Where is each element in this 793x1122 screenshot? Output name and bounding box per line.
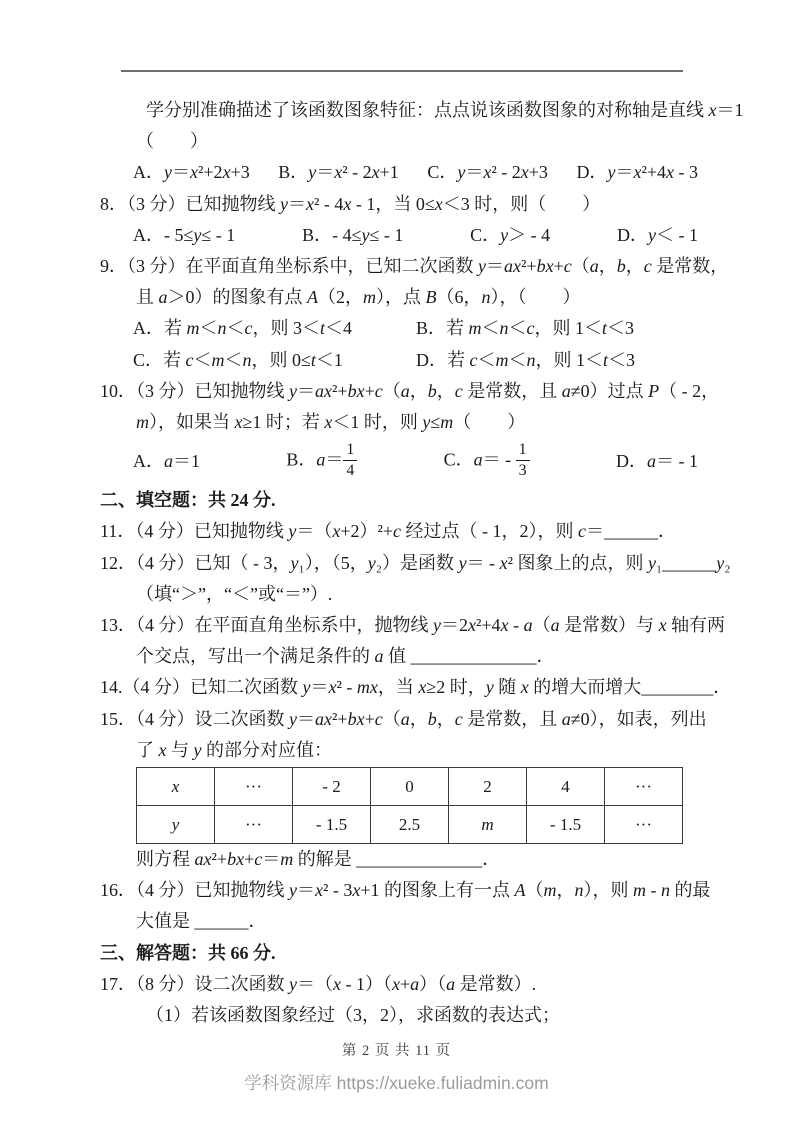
- table-cell: ···: [605, 768, 683, 806]
- fraction-numerator: 1: [516, 440, 530, 461]
- table-cell: m: [449, 806, 527, 844]
- header-rule: [121, 70, 683, 72]
- section-3-heading: 三、解答题：共 66 分.: [100, 938, 720, 969]
- option-text: a＝ - 1: [647, 451, 698, 471]
- q17-text: 17．（8 分）设二次函数 y＝（x - 1）（x+a）（a 是常数）.: [100, 969, 720, 1000]
- q7-option-a: A．y＝x²+2x+3: [133, 157, 250, 188]
- table-cell: - 1.5: [293, 806, 371, 844]
- q15-text-line1: 15．（4 分）设二次函数 y＝ax²+bx+c（a，b，c 是常数，且 a≠0…: [100, 704, 720, 735]
- option-text: y＝x²+2x+3: [164, 162, 250, 182]
- fraction-denominator: 4: [343, 461, 357, 481]
- page-content: 学分别准确描述了该函数图象特征：点点说该函数图象的对称轴是直线 x＝1 （ ） …: [100, 95, 720, 1031]
- option-label: D．: [576, 162, 607, 182]
- table-cell: ···: [215, 768, 293, 806]
- option-text: a＝1: [164, 451, 200, 471]
- option-label: A．: [133, 318, 164, 338]
- exam-paper-page: 学分别准确描述了该函数图象特征：点点说该函数图象的对称轴是直线 x＝1 （ ） …: [0, 0, 793, 1122]
- table-cell: y: [137, 806, 215, 844]
- q12-text-line2: （填“＞”，“＜”或“＝”）.: [136, 579, 720, 610]
- table-cell: 0: [371, 768, 449, 806]
- table-row-x: x ··· - 2 0 2 4 ···: [137, 768, 683, 806]
- option-label: C．: [133, 350, 163, 370]
- fraction-numerator: 1: [343, 440, 357, 461]
- option-label: D．: [617, 225, 648, 245]
- watermark-source-link: 学科资源库 https://xueke.fuliadmin.com: [0, 1068, 793, 1099]
- q13-text-line1: 13．（4 分）在平面直角坐标系中，抛物线 y＝2x²+4x - a（a 是常数…: [100, 610, 720, 641]
- q13-text-line2: 个交点，写出一个满足条件的 a 值 ______________．: [136, 641, 720, 672]
- option-label: B．: [416, 318, 446, 338]
- option-text: 若 c＜m＜n，则 1＜t＜3: [447, 350, 635, 370]
- q10-option-b: B．a＝14: [286, 441, 357, 482]
- option-text: a＝ -: [474, 450, 516, 470]
- q10-option-d: D．a＝ - 1: [616, 446, 698, 477]
- option-label: A．: [133, 451, 164, 471]
- table-cell: 4: [527, 768, 605, 806]
- table-cell: ···: [605, 806, 683, 844]
- option-text: 若 c＜m＜n，则 0≤t＜1: [163, 350, 343, 370]
- q15-text-line2: 了 x 与 y 的部分对应值：: [136, 735, 720, 766]
- q16-text-line1: 16．（4 分）已知抛物线 y＝x² - 3x+1 的图象上有一点 A（m，n）…: [100, 875, 720, 906]
- fraction: 13: [516, 440, 530, 481]
- page-number-indicator: 第 2 页 共 11 页: [0, 1036, 793, 1067]
- q9-option-d: D．若 c＜m＜n，则 1＜t＜3: [416, 345, 699, 376]
- table-cell: - 2: [293, 768, 371, 806]
- q9-option-c: C．若 c＜m＜n，则 0≤t＜1: [133, 345, 416, 376]
- option-text: y＝x² - 2x+1: [308, 162, 399, 182]
- q11-text: 11．（4 分）已知抛物线 y＝（x+2）²+c 经过点（ - 1，2），则 c…: [100, 516, 720, 547]
- q10-options: A．a＝1 B．a＝14 C．a＝ - 13 D．a＝ - 1: [133, 438, 698, 485]
- q7-options: A．y＝x²+2x+3 B．y＝x² - 2x+1 C．y＝x² - 2x+3 …: [133, 157, 698, 188]
- option-text: a＝: [316, 450, 343, 470]
- option-label: C．: [444, 450, 474, 470]
- q8-option-c: C．y＞ - 4: [470, 220, 550, 251]
- q8-options: A．- 5≤y≤ - 1 B．- 4≤y≤ - 1 C．y＞ - 4 D．y＜ …: [133, 220, 698, 251]
- option-label: C．: [427, 162, 457, 182]
- table-cell: 2.5: [371, 806, 449, 844]
- q10-text-line1: 10．（3 分）已知抛物线 y＝ax²+bx+c（a，b，c 是常数，且 a≠0…: [100, 376, 720, 407]
- q17-subquestion-1: （1）若该函数图象经过（3，2），求函数的表达式；: [146, 1000, 720, 1031]
- fraction: 14: [343, 440, 357, 481]
- table-cell: ···: [215, 806, 293, 844]
- option-text: y＝x² - 2x+3: [457, 162, 548, 182]
- q7-option-b: B．y＝x² - 2x+1: [278, 157, 399, 188]
- option-text: - 4≤y≤ - 1: [332, 225, 403, 245]
- q9-options-row1: A．若 m＜n＜c，则 3＜t＜4 B．若 m＜n＜c，则 1＜t＜3: [133, 313, 698, 344]
- q10-option-c: C．a＝ - 13: [444, 441, 530, 482]
- q15-value-table: x ··· - 2 0 2 4 ··· y ··· - 1.5 2.5 m - …: [136, 767, 683, 844]
- option-text: y＞ - 4: [500, 225, 550, 245]
- q7-answer-paren: （ ）: [136, 126, 720, 157]
- option-text: y＜ - 1: [648, 225, 698, 245]
- q7-text-continuation: 学分别准确描述了该函数图象特征：点点说该函数图象的对称轴是直线 x＝1: [146, 95, 720, 126]
- q8-text: 8．（3 分）已知抛物线 y＝x² - 4x - 1，当 0≤x＜3 时，则（ …: [100, 189, 720, 220]
- table-cell: - 1.5: [527, 806, 605, 844]
- option-label: B．: [278, 162, 308, 182]
- table-row-y: y ··· - 1.5 2.5 m - 1.5 ···: [137, 806, 683, 844]
- option-label: D．: [616, 451, 647, 471]
- q15-text-after-table: 则方程 ax²+bx+c＝m 的解是 ______________．: [136, 844, 720, 875]
- option-label: A．: [133, 225, 164, 245]
- option-text: y＝x²+4x - 3: [607, 162, 698, 182]
- option-text: - 5≤y≤ - 1: [164, 225, 235, 245]
- q10-option-a: A．a＝1: [133, 446, 200, 477]
- q12-text-line1: 12．（4 分）已知（ - 3，y₁），（5，y₂）是函数 y＝ - x² 图象…: [100, 548, 720, 579]
- q14-text: 14.（4 分）已知二次函数 y＝x² - mx，当 x≥2 时，y 随 x 的…: [100, 672, 720, 703]
- option-label: D．: [416, 350, 447, 370]
- option-label: B．: [302, 225, 332, 245]
- q9-text-line2: 且 a＞0）的图象有点 A（2，m），点 B（6，n），（ ）: [136, 282, 720, 313]
- option-text: 若 m＜n＜c，则 1＜t＜3: [446, 318, 634, 338]
- option-text: 若 m＜n＜c，则 3＜t＜4: [164, 318, 352, 338]
- q7-option-c: C．y＝x² - 2x+3: [427, 157, 548, 188]
- q8-option-a: A．- 5≤y≤ - 1: [133, 220, 235, 251]
- q8-option-d: D．y＜ - 1: [617, 220, 698, 251]
- table-cell: x: [137, 768, 215, 806]
- option-label: B．: [286, 450, 316, 470]
- option-label: A．: [133, 162, 164, 182]
- q7-option-d: D．y＝x²+4x - 3: [576, 157, 698, 188]
- q16-text-line2: 大值是 ______．: [136, 906, 720, 937]
- table-cell: 2: [449, 768, 527, 806]
- fraction-denominator: 3: [516, 461, 530, 481]
- q9-option-a: A．若 m＜n＜c，则 3＜t＜4: [133, 313, 416, 344]
- q9-options-row2: C．若 c＜m＜n，则 0≤t＜1 D．若 c＜m＜n，则 1＜t＜3: [133, 345, 698, 376]
- q9-text-line1: 9．（3 分）在平面直角坐标系中，已知二次函数 y＝ax²+bx+c（a，b，c…: [100, 251, 720, 282]
- q10-text-line2: m），如果当 x≥1 时；若 x＜1 时，则 y≤m（ ）: [136, 407, 720, 438]
- q8-option-b: B．- 4≤y≤ - 1: [302, 220, 403, 251]
- q9-option-b: B．若 m＜n＜c，则 1＜t＜3: [416, 313, 699, 344]
- section-2-heading: 二、填空题：共 24 分.: [100, 485, 720, 516]
- option-label: C．: [470, 225, 500, 245]
